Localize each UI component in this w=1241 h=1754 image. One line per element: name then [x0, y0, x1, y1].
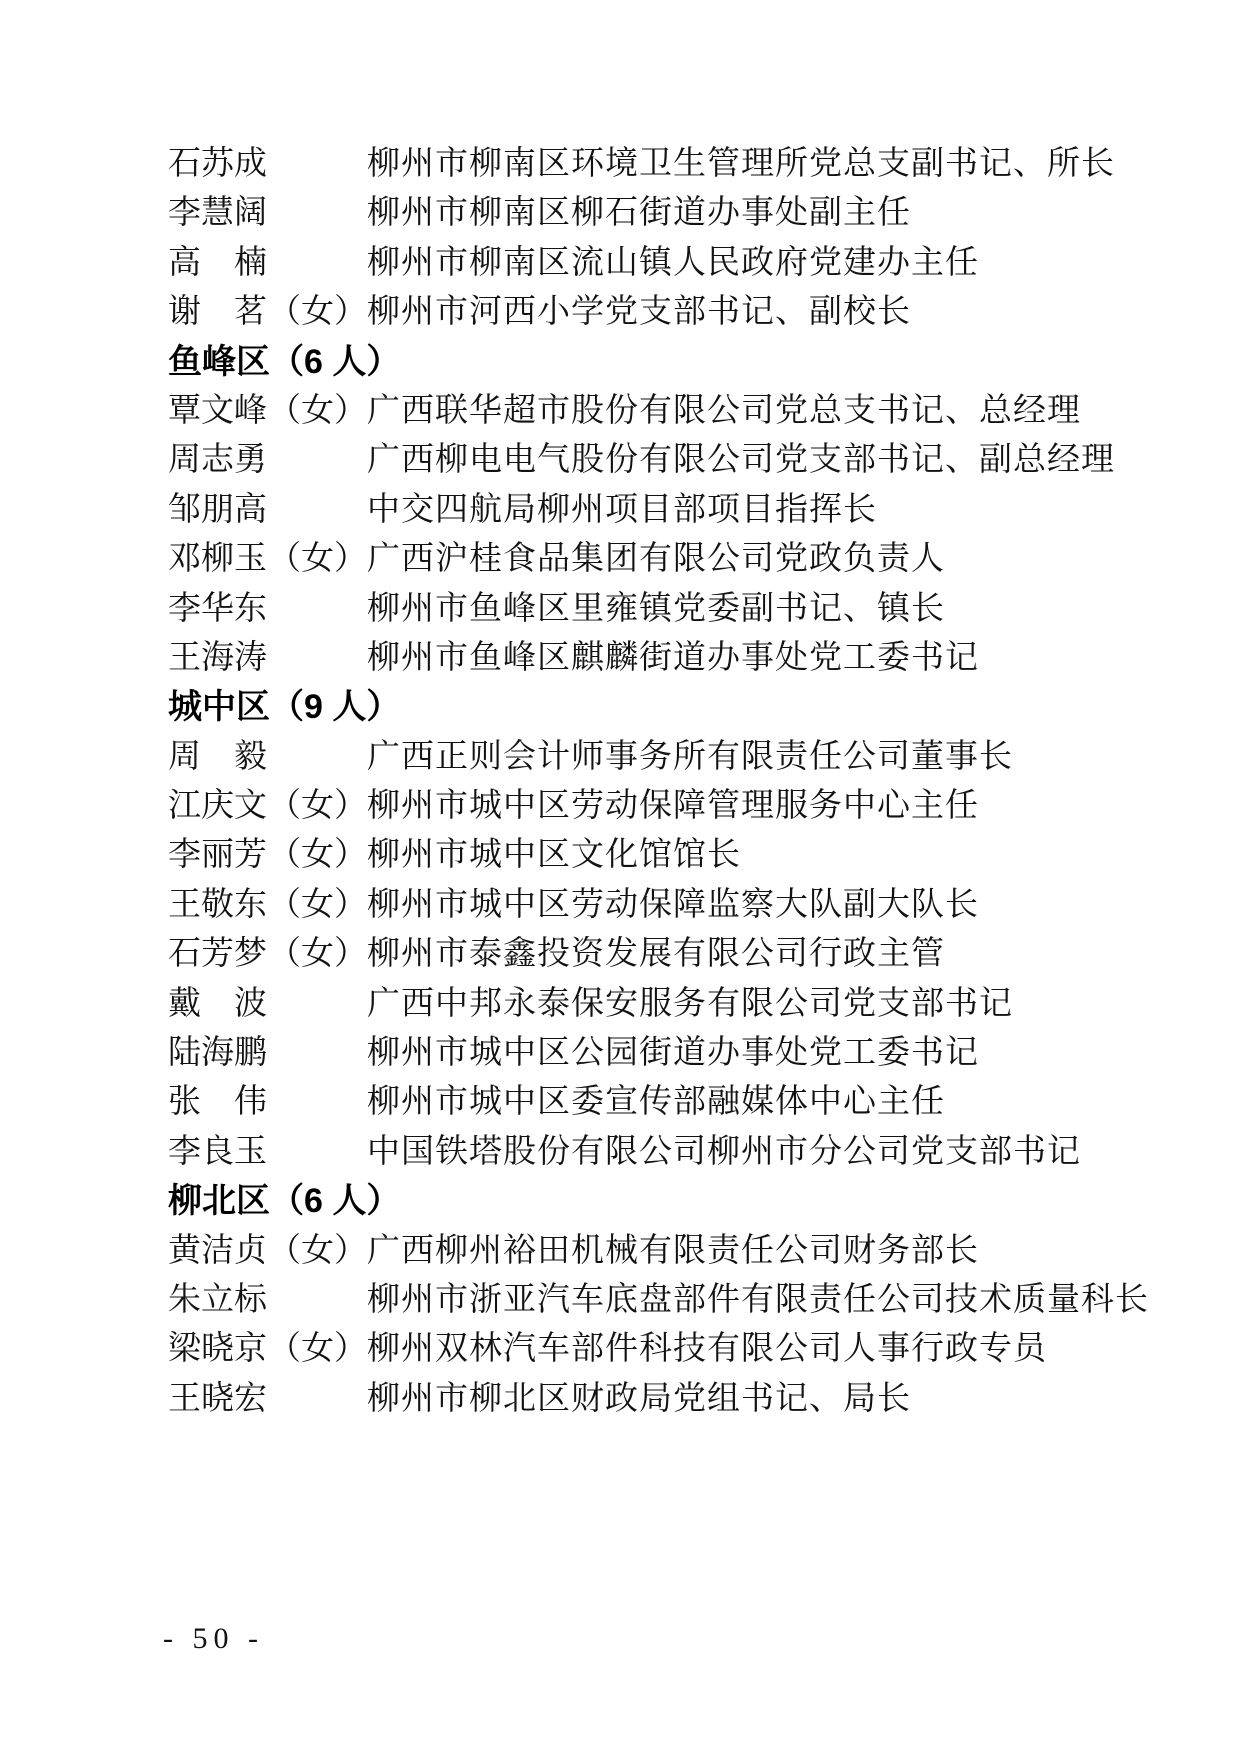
person-title: 柳州市城中区劳动保障管理服务中心主任 — [367, 782, 979, 831]
list-row: 朱立标柳州市浙亚汽车底盘部件有限责任公司技术质量科长 — [168, 1276, 1178, 1325]
person-title: 柳州双林汽车部件科技有限公司人事行政专员 — [367, 1325, 1047, 1374]
person-title: 柳州市柳南区柳石街道办事处副主任 — [367, 189, 911, 238]
person-name: 李慧阔 — [168, 189, 268, 238]
list-row: 石芳梦（女）柳州市泰鑫投资发展有限公司行政主管 — [168, 930, 1178, 979]
list-row: 覃文峰（女）广西联华超市股份有限公司党总支书记、总经理 — [168, 387, 1178, 436]
list-row: 王晓宏柳州市柳北区财政局党组书记、局长 — [168, 1375, 1178, 1424]
list-row: 邓柳玉（女）广西沪桂食品集团有限公司党政负责人 — [168, 535, 1178, 584]
person-title: 广西柳电电气股份有限公司党支部书记、副总经理 — [367, 436, 1115, 485]
person-name: 周志勇 — [168, 436, 268, 485]
person-name: 王晓宏 — [168, 1375, 268, 1424]
person-title: 广西中邦永泰保安服务有限公司党支部书记 — [367, 980, 1013, 1029]
section-header-text: 鱼峰区（6 人） — [168, 343, 400, 381]
person-title: 柳州市泰鑫投资发展有限公司行政主管 — [367, 930, 945, 979]
person-name: 高 楠 — [168, 239, 268, 288]
person-name: 李华东 — [168, 585, 268, 634]
gender-note: （女） — [268, 288, 367, 337]
person-title: 广西柳州裕田机械有限责任公司财务部长 — [367, 1227, 979, 1276]
person-name: 邓柳玉 — [168, 535, 268, 584]
section-header: 柳北区（6 人） — [168, 1177, 1178, 1226]
gender-note: （女） — [268, 930, 367, 979]
list-row: 陆海鹏柳州市城中区公园街道办事处党工委书记 — [168, 1029, 1178, 1078]
list-row: 江庆文（女）柳州市城中区劳动保障管理服务中心主任 — [168, 782, 1178, 831]
list-row: 戴 波广西中邦永泰保安服务有限公司党支部书记 — [168, 980, 1178, 1029]
person-title: 柳州市河西小学党支部书记、副校长 — [367, 288, 911, 337]
person-name: 周 毅 — [168, 733, 268, 782]
person-name: 石苏成 — [168, 140, 268, 189]
person-name: 谢 茗 — [168, 288, 268, 337]
person-name: 石芳梦 — [168, 930, 268, 979]
person-title: 柳州市浙亚汽车底盘部件有限责任公司技术质量科长 — [367, 1276, 1149, 1325]
gender-note: （女） — [268, 387, 367, 436]
gender-note: （女） — [268, 782, 367, 831]
list-row: 王海涛柳州市鱼峰区麒麟街道办事处党工委书记 — [168, 634, 1178, 683]
person-title: 广西正则会计师事务所有限责任公司董事长 — [367, 733, 1013, 782]
person-name: 王敬东 — [168, 881, 268, 930]
person-name: 黄洁贞 — [168, 1227, 268, 1276]
person-title: 中交四航局柳州项目部项目指挥长 — [367, 486, 877, 535]
list-row: 黄洁贞（女）广西柳州裕田机械有限责任公司财务部长 — [168, 1227, 1178, 1276]
person-name: 覃文峰 — [168, 387, 268, 436]
person-title: 柳州市鱼峰区里雍镇党委副书记、镇长 — [367, 585, 945, 634]
gender-note: （女） — [268, 1325, 367, 1374]
person-name: 王海涛 — [168, 634, 268, 683]
list-row: 李华东柳州市鱼峰区里雍镇党委副书记、镇长 — [168, 585, 1178, 634]
section-header-text: 柳北区（6 人） — [168, 1182, 400, 1220]
person-title: 柳州市柳北区财政局党组书记、局长 — [367, 1375, 911, 1424]
list-row: 石苏成柳州市柳南区环境卫生管理所党总支副书记、所长 — [168, 140, 1178, 189]
list-row: 李丽芳（女）柳州市城中区文化馆馆长 — [168, 831, 1178, 880]
page-number: - 50 - — [163, 1622, 264, 1656]
person-title: 柳州市鱼峰区麒麟街道办事处党工委书记 — [367, 634, 979, 683]
person-title: 柳州市城中区劳动保障监察大队副大队长 — [367, 881, 979, 930]
person-name: 梁晓京 — [168, 1325, 268, 1374]
document-page: 石苏成柳州市柳南区环境卫生管理所党总支副书记、所长李慧阔柳州市柳南区柳石街道办事… — [0, 0, 1241, 1754]
person-title: 柳州市城中区文化馆馆长 — [367, 831, 741, 880]
section-header-text: 城中区（9 人） — [168, 688, 400, 726]
list-row: 王敬东（女）柳州市城中区劳动保障监察大队副大队长 — [168, 881, 1178, 930]
person-name: 江庆文 — [168, 782, 268, 831]
person-name: 朱立标 — [168, 1276, 268, 1325]
list-row: 李良玉中国铁塔股份有限公司柳州市分公司党支部书记 — [168, 1128, 1178, 1177]
person-name: 李良玉 — [168, 1128, 268, 1177]
person-title: 广西沪桂食品集团有限公司党政负责人 — [367, 535, 945, 584]
person-title: 广西联华超市股份有限公司党总支书记、总经理 — [367, 387, 1081, 436]
person-title: 柳州市城中区公园街道办事处党工委书记 — [367, 1029, 979, 1078]
person-title: 柳州市柳南区流山镇人民政府党建办主任 — [367, 239, 979, 288]
list-row: 高 楠柳州市柳南区流山镇人民政府党建办主任 — [168, 239, 1178, 288]
gender-note: （女） — [268, 831, 367, 880]
list-row: 李慧阔柳州市柳南区柳石街道办事处副主任 — [168, 189, 1178, 238]
list-row: 梁晓京（女）柳州双林汽车部件科技有限公司人事行政专员 — [168, 1325, 1178, 1374]
list-row: 张 伟柳州市城中区委宣传部融媒体中心主任 — [168, 1078, 1178, 1127]
person-name: 李丽芳 — [168, 831, 268, 880]
person-name: 邹朋高 — [168, 486, 268, 535]
gender-note: （女） — [268, 1227, 367, 1276]
person-title: 柳州市城中区委宣传部融媒体中心主任 — [367, 1078, 945, 1127]
honoree-list: 石苏成柳州市柳南区环境卫生管理所党总支副书记、所长李慧阔柳州市柳南区柳石街道办事… — [168, 140, 1178, 1424]
list-row: 邹朋高中交四航局柳州项目部项目指挥长 — [168, 486, 1178, 535]
gender-note: （女） — [268, 881, 367, 930]
person-title: 柳州市柳南区环境卫生管理所党总支副书记、所长 — [367, 140, 1115, 189]
person-name: 张 伟 — [168, 1078, 268, 1127]
list-row: 周志勇广西柳电电气股份有限公司党支部书记、副总经理 — [168, 436, 1178, 485]
section-header: 城中区（9 人） — [168, 683, 1178, 732]
list-row: 周 毅广西正则会计师事务所有限责任公司董事长 — [168, 733, 1178, 782]
gender-note: （女） — [268, 535, 367, 584]
person-title: 中国铁塔股份有限公司柳州市分公司党支部书记 — [367, 1128, 1081, 1177]
person-name: 陆海鹏 — [168, 1029, 268, 1078]
person-name: 戴 波 — [168, 980, 268, 1029]
list-row: 谢 茗（女）柳州市河西小学党支部书记、副校长 — [168, 288, 1178, 337]
section-header: 鱼峰区（6 人） — [168, 338, 1178, 387]
